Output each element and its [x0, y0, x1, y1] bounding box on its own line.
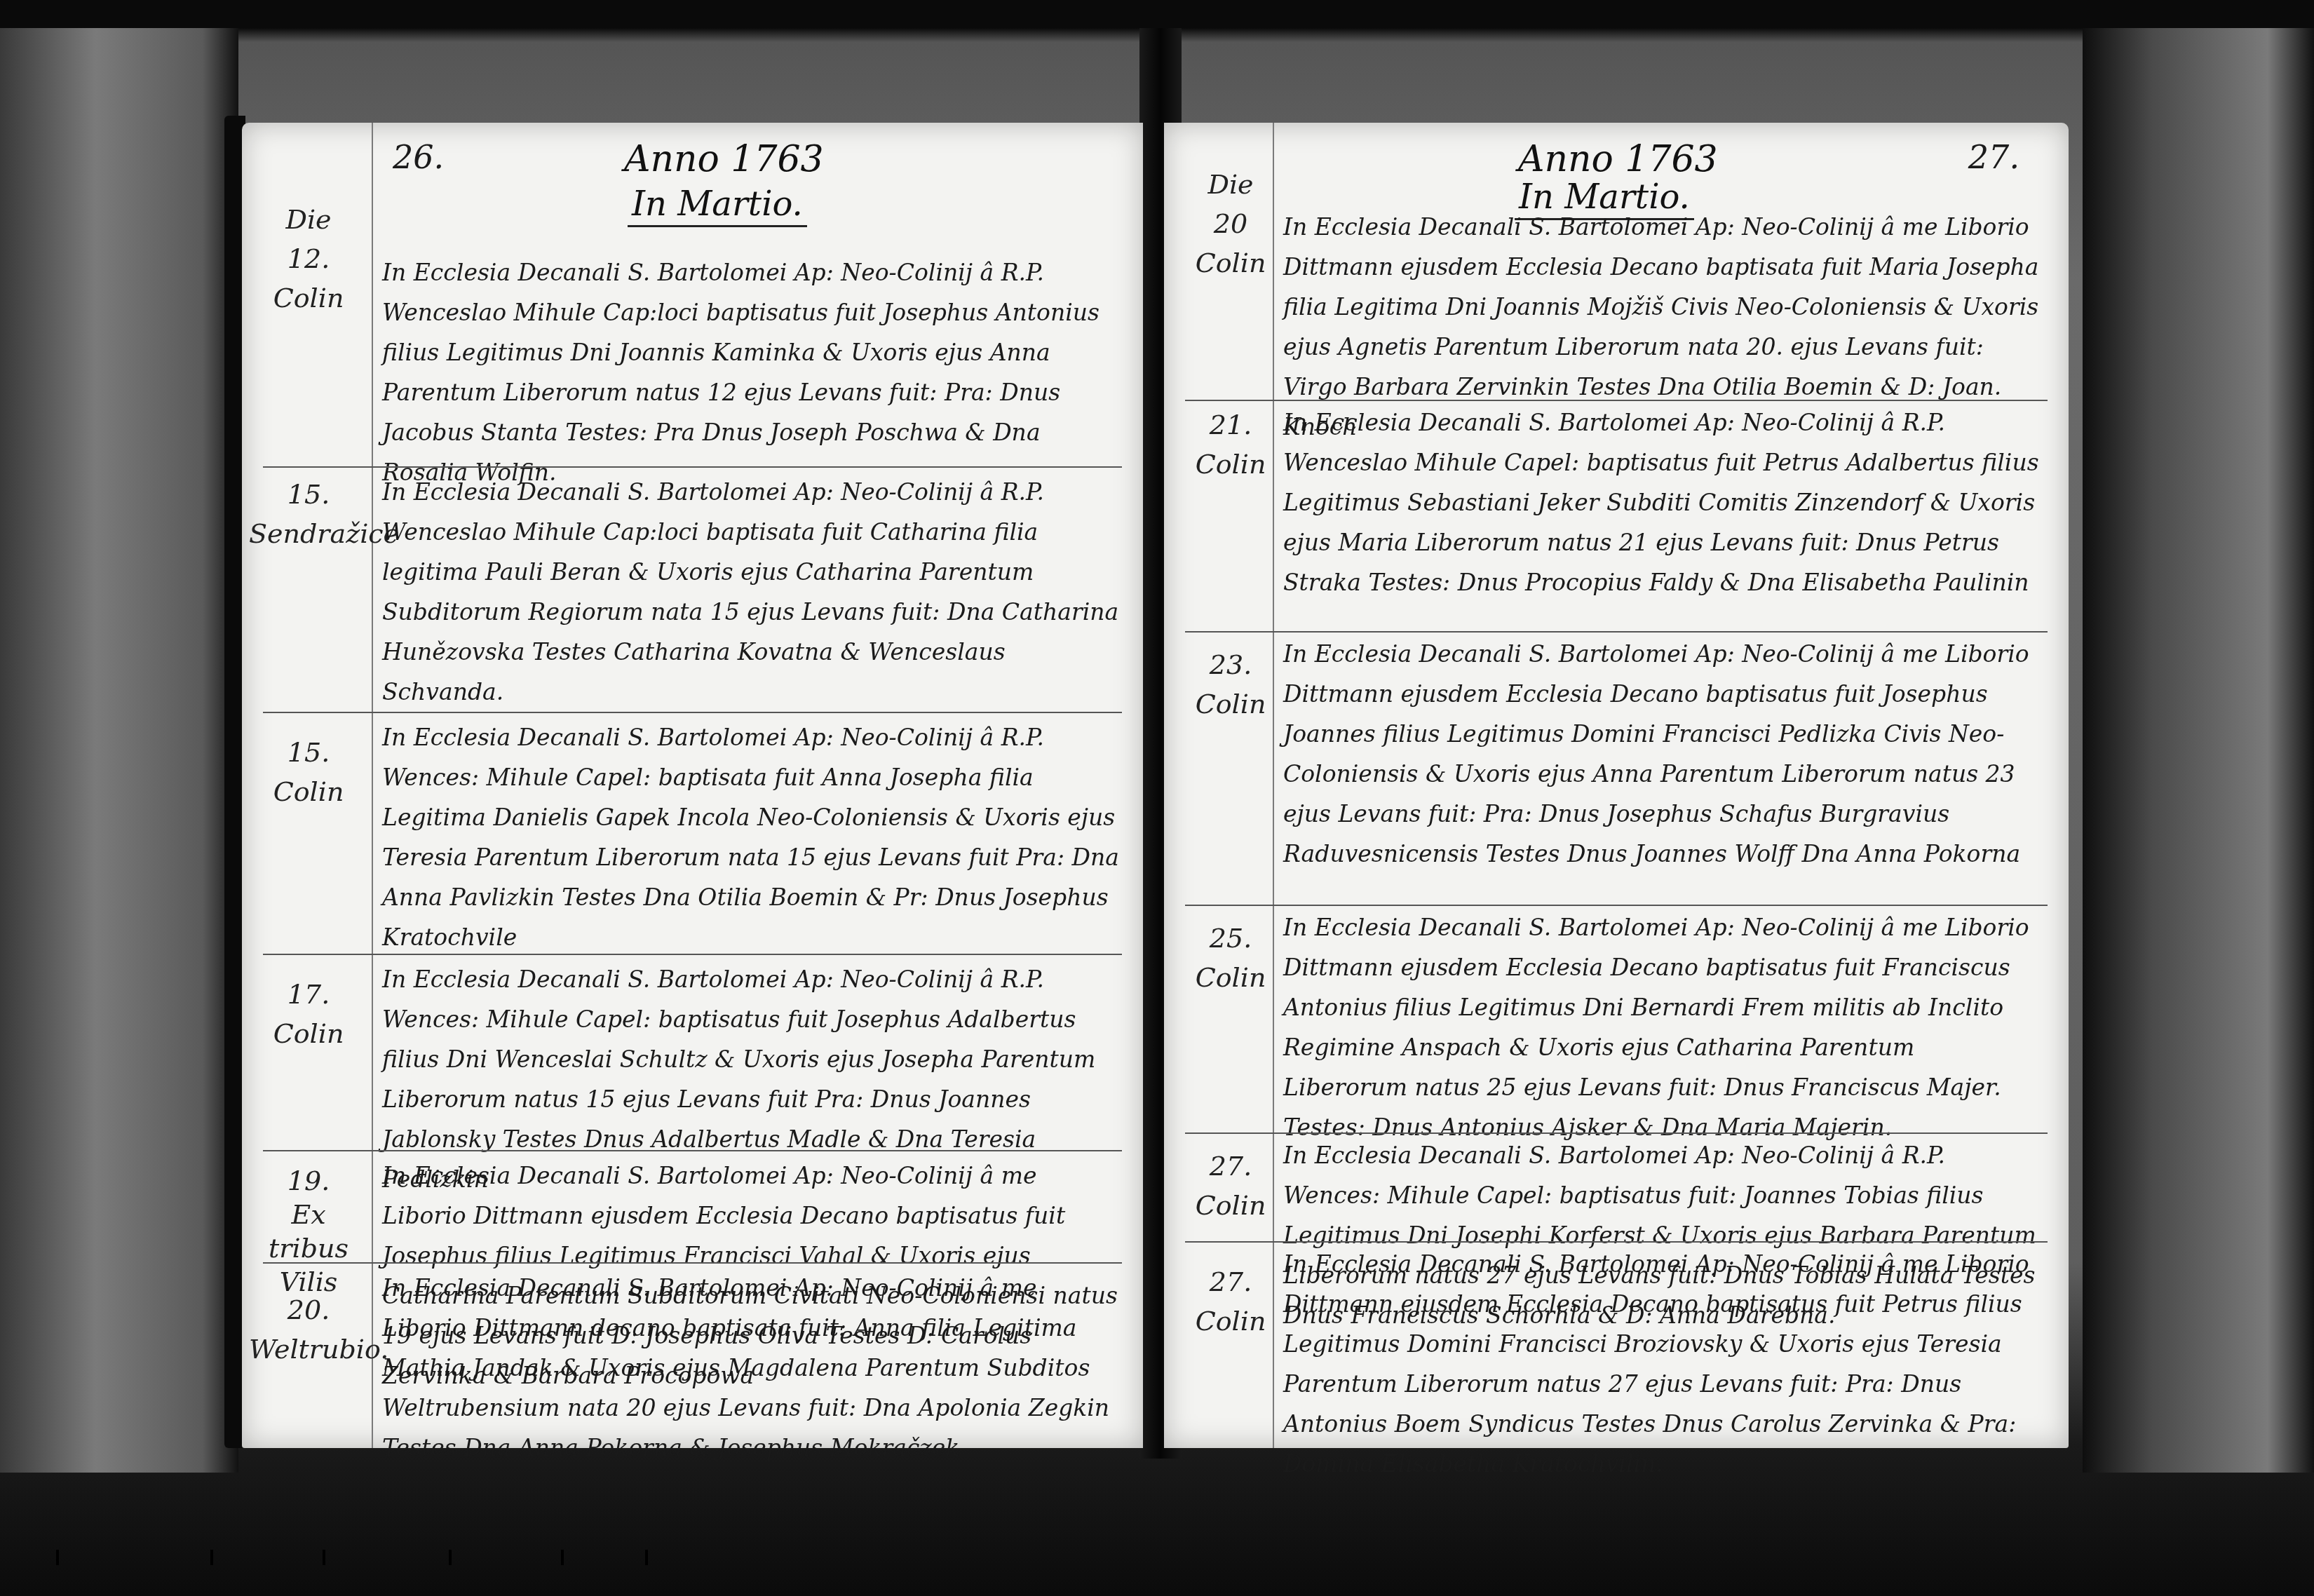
margin-label: 21. Colin: [1171, 405, 1290, 484]
entry-divider: [1185, 400, 2048, 401]
entry-divider: [263, 1150, 1122, 1151]
baptism-entry: Die 12. Colin In Ecclesia Decanali S. Ba…: [242, 200, 1143, 438]
entry-day: 27.: [1171, 1262, 1290, 1301]
margin-label: 20. Weltrubio.: [249, 1290, 368, 1369]
page-number: 26.: [393, 138, 444, 176]
entry-divider: [1185, 1241, 2048, 1243]
entry-place: Colin: [1171, 1301, 1290, 1341]
entry-place: Colin: [1171, 958, 1290, 997]
entry-day: 17.: [249, 975, 368, 1014]
entry-place: Sendražice: [249, 514, 368, 553]
baptism-entry: 21. Colin In Ecclesia Decanali S. Bartol…: [1164, 400, 2069, 631]
entry-day: 23.: [1171, 645, 1290, 684]
entry-divider: [1185, 905, 2048, 906]
entry-text: In Ecclesia Decanali S. Bartolomei Ap: N…: [1283, 907, 2044, 1147]
die-label: Die: [249, 200, 368, 239]
scan-left-shadow: [0, 28, 238, 1473]
margin-label: 27. Colin: [1171, 1262, 1290, 1341]
entry-divider: [263, 954, 1122, 955]
entry-day: 27.: [1171, 1147, 1290, 1186]
year-heading: Anno 1763: [624, 138, 824, 180]
margin-label: 23. Colin: [1171, 645, 1290, 724]
entry-day: 12.: [249, 239, 368, 278]
entry-place: Colin: [249, 1014, 368, 1053]
entry-day: 25.: [1171, 919, 1290, 958]
baptism-entry: 15. Sendražice In Ecclesia Decanali S. B…: [242, 466, 1143, 684]
margin-label: 27. Colin: [1171, 1147, 1290, 1225]
entry-day: 21.: [1171, 405, 1290, 445]
entry-place: Colin: [1171, 445, 1290, 484]
entry-day: 19.: [249, 1164, 368, 1198]
entry-text: In Ecclesia Decanali S. Bartolomei Ap: N…: [382, 252, 1125, 492]
entry-text: In Ecclesia Decanali S. Bartolomei Ap: N…: [382, 717, 1125, 957]
baptism-entry: 25. Colin In Ecclesia Decanali S. Bartol…: [1164, 905, 2069, 1143]
entry-day: 20: [1171, 204, 1290, 243]
entry-text: In Ecclesia Decanali S. Bartolomei Ap: N…: [1283, 634, 2044, 874]
entry-place: Colin: [1171, 243, 1290, 283]
entry-text: In Ecclesia Decanali S. Bartolomei Ap: N…: [382, 1268, 1125, 1468]
entry-day: 20.: [249, 1290, 368, 1330]
baptism-entry: Die 20 Colin In Ecclesia Decanali S. Bar…: [1164, 165, 2069, 396]
baptism-entry: 15. Colin In Ecclesia Decanali S. Bartol…: [242, 712, 1143, 950]
left-page: 26. Anno 1763 In Martio. Die 12. Colin I…: [242, 123, 1143, 1448]
entry-divider: [263, 1262, 1122, 1264]
entry-place: Colin: [249, 278, 368, 318]
scan-right-shadow: [2083, 28, 2314, 1473]
baptism-entry: 20. Weltrubio. In Ecclesia Decanali S. B…: [242, 1262, 1143, 1445]
margin-label: Die 20 Colin: [1171, 165, 1290, 283]
entry-divider: [263, 712, 1122, 713]
margin-label: 17. Colin: [249, 975, 368, 1053]
entry-text: In Ecclesia Decanali S. Bartolomei Ap: N…: [1283, 403, 2044, 602]
entry-place: Weltrubio.: [249, 1330, 368, 1369]
entry-divider: [1185, 1132, 2048, 1134]
margin-label: 15. Sendražice: [249, 475, 368, 553]
entry-day: 15.: [249, 733, 368, 772]
margin-label: Die 12. Colin: [249, 200, 368, 318]
scale-ruler: [28, 1550, 1080, 1567]
right-page: 27. Anno 1763 In Martio. Die 20 Colin In…: [1164, 123, 2069, 1448]
entry-day: 15.: [249, 475, 368, 514]
baptism-entry: 27. Colin In Ecclesia Decanali S. Bartol…: [1164, 1241, 2069, 1452]
entry-divider: [263, 466, 1122, 468]
entry-place: Colin: [1171, 684, 1290, 724]
entry-text: In Ecclesia Decanali S. Bartolomei Ap: N…: [382, 472, 1125, 712]
entry-place: Colin: [249, 772, 368, 811]
entry-place: Colin: [1171, 1186, 1290, 1225]
baptism-entry: 23. Colin In Ecclesia Decanali S. Bartol…: [1164, 631, 2069, 912]
margin-label: 15. Colin: [249, 733, 368, 811]
die-label: Die: [1171, 165, 1290, 204]
entry-text: In Ecclesia Decanali S. Bartolomei Ap: N…: [1283, 1244, 2044, 1484]
margin-label: 25. Colin: [1171, 919, 1290, 997]
entry-divider: [1185, 631, 2048, 633]
